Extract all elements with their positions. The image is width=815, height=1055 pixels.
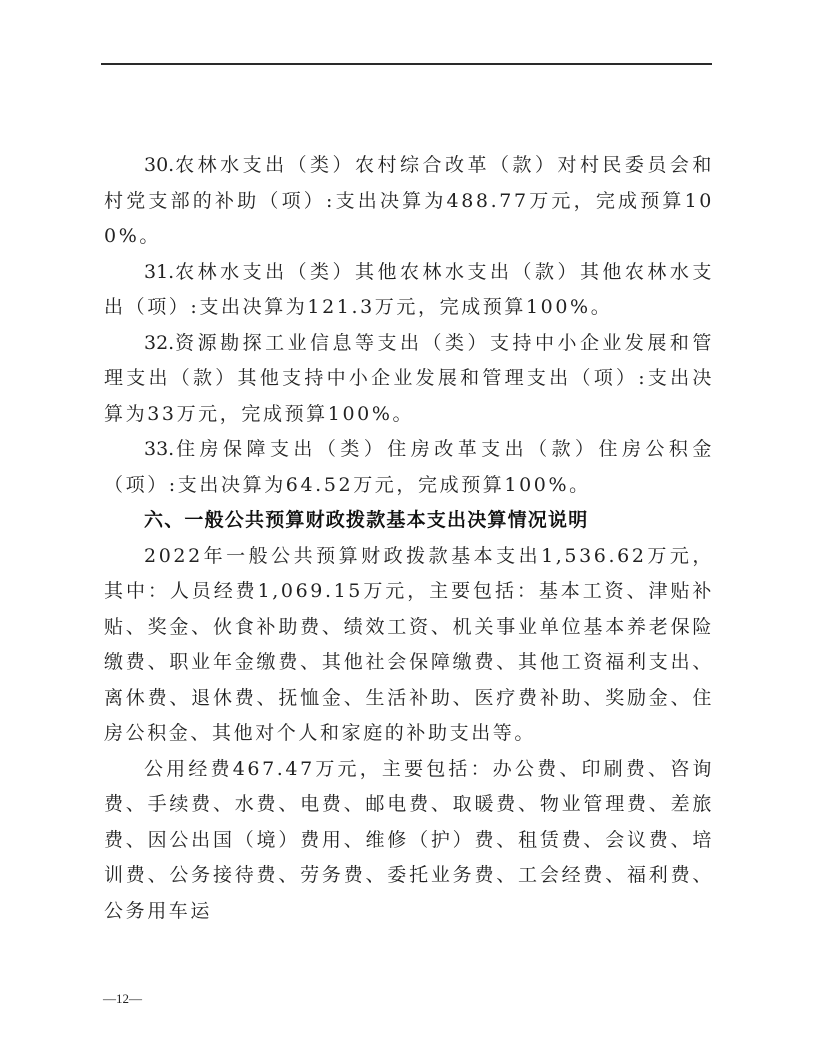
item-32: 32.资源勘探工业信息等支出（类）支持中小企业发展和管理支出（款）其他支持中小企… — [104, 326, 714, 433]
item-31: 31.农林水支出（类）其他农林水支出（款）其他农林水支出（项）:支出决算为121… — [104, 255, 714, 326]
item-text: 住房保障支出（类）住房改革支出（款）住房公积金（项）:支出决算为64.52万元，… — [104, 438, 714, 496]
item-text: 资源勘探工业信息等支出（类）支持中小企业发展和管理支出（款）其他支持中小企业发展… — [104, 332, 714, 425]
public-expenses-paragraph: 公用经费467.47万元，主要包括：办公费、印刷费、咨询费、手续费、水费、电费、… — [104, 752, 714, 930]
item-text: 农林水支出（类）其他农林水支出（款）其他农林水支出（项）:支出决算为121.3万… — [104, 261, 714, 319]
item-number: 33. — [144, 438, 174, 460]
item-number: 31. — [144, 261, 174, 283]
basic-expenditure-paragraph: 2022年一般公共预算财政拨款基本支出1,536.62万元，其中：人员经费1,0… — [104, 539, 714, 752]
item-number: 30. — [144, 154, 174, 176]
header-rule — [101, 63, 712, 65]
page-number: —12— — [103, 991, 142, 1007]
item-33: 33.住房保障支出（类）住房改革支出（款）住房公积金（项）:支出决算为64.52… — [104, 432, 714, 503]
item-number: 32. — [144, 332, 174, 354]
section-heading: 六、一般公共预算财政拨款基本支出决算情况说明 — [104, 503, 714, 539]
item-30: 30.农林水支出（类）农村综合改革（款）对村民委员会和村党支部的补助（项）:支出… — [104, 148, 714, 255]
document-body: 30.农林水支出（类）农村综合改革（款）对村民委员会和村党支部的补助（项）:支出… — [104, 148, 714, 929]
item-text: 农林水支出（类）农村综合改革（款）对村民委员会和村党支部的补助（项）:支出决算为… — [104, 154, 714, 247]
